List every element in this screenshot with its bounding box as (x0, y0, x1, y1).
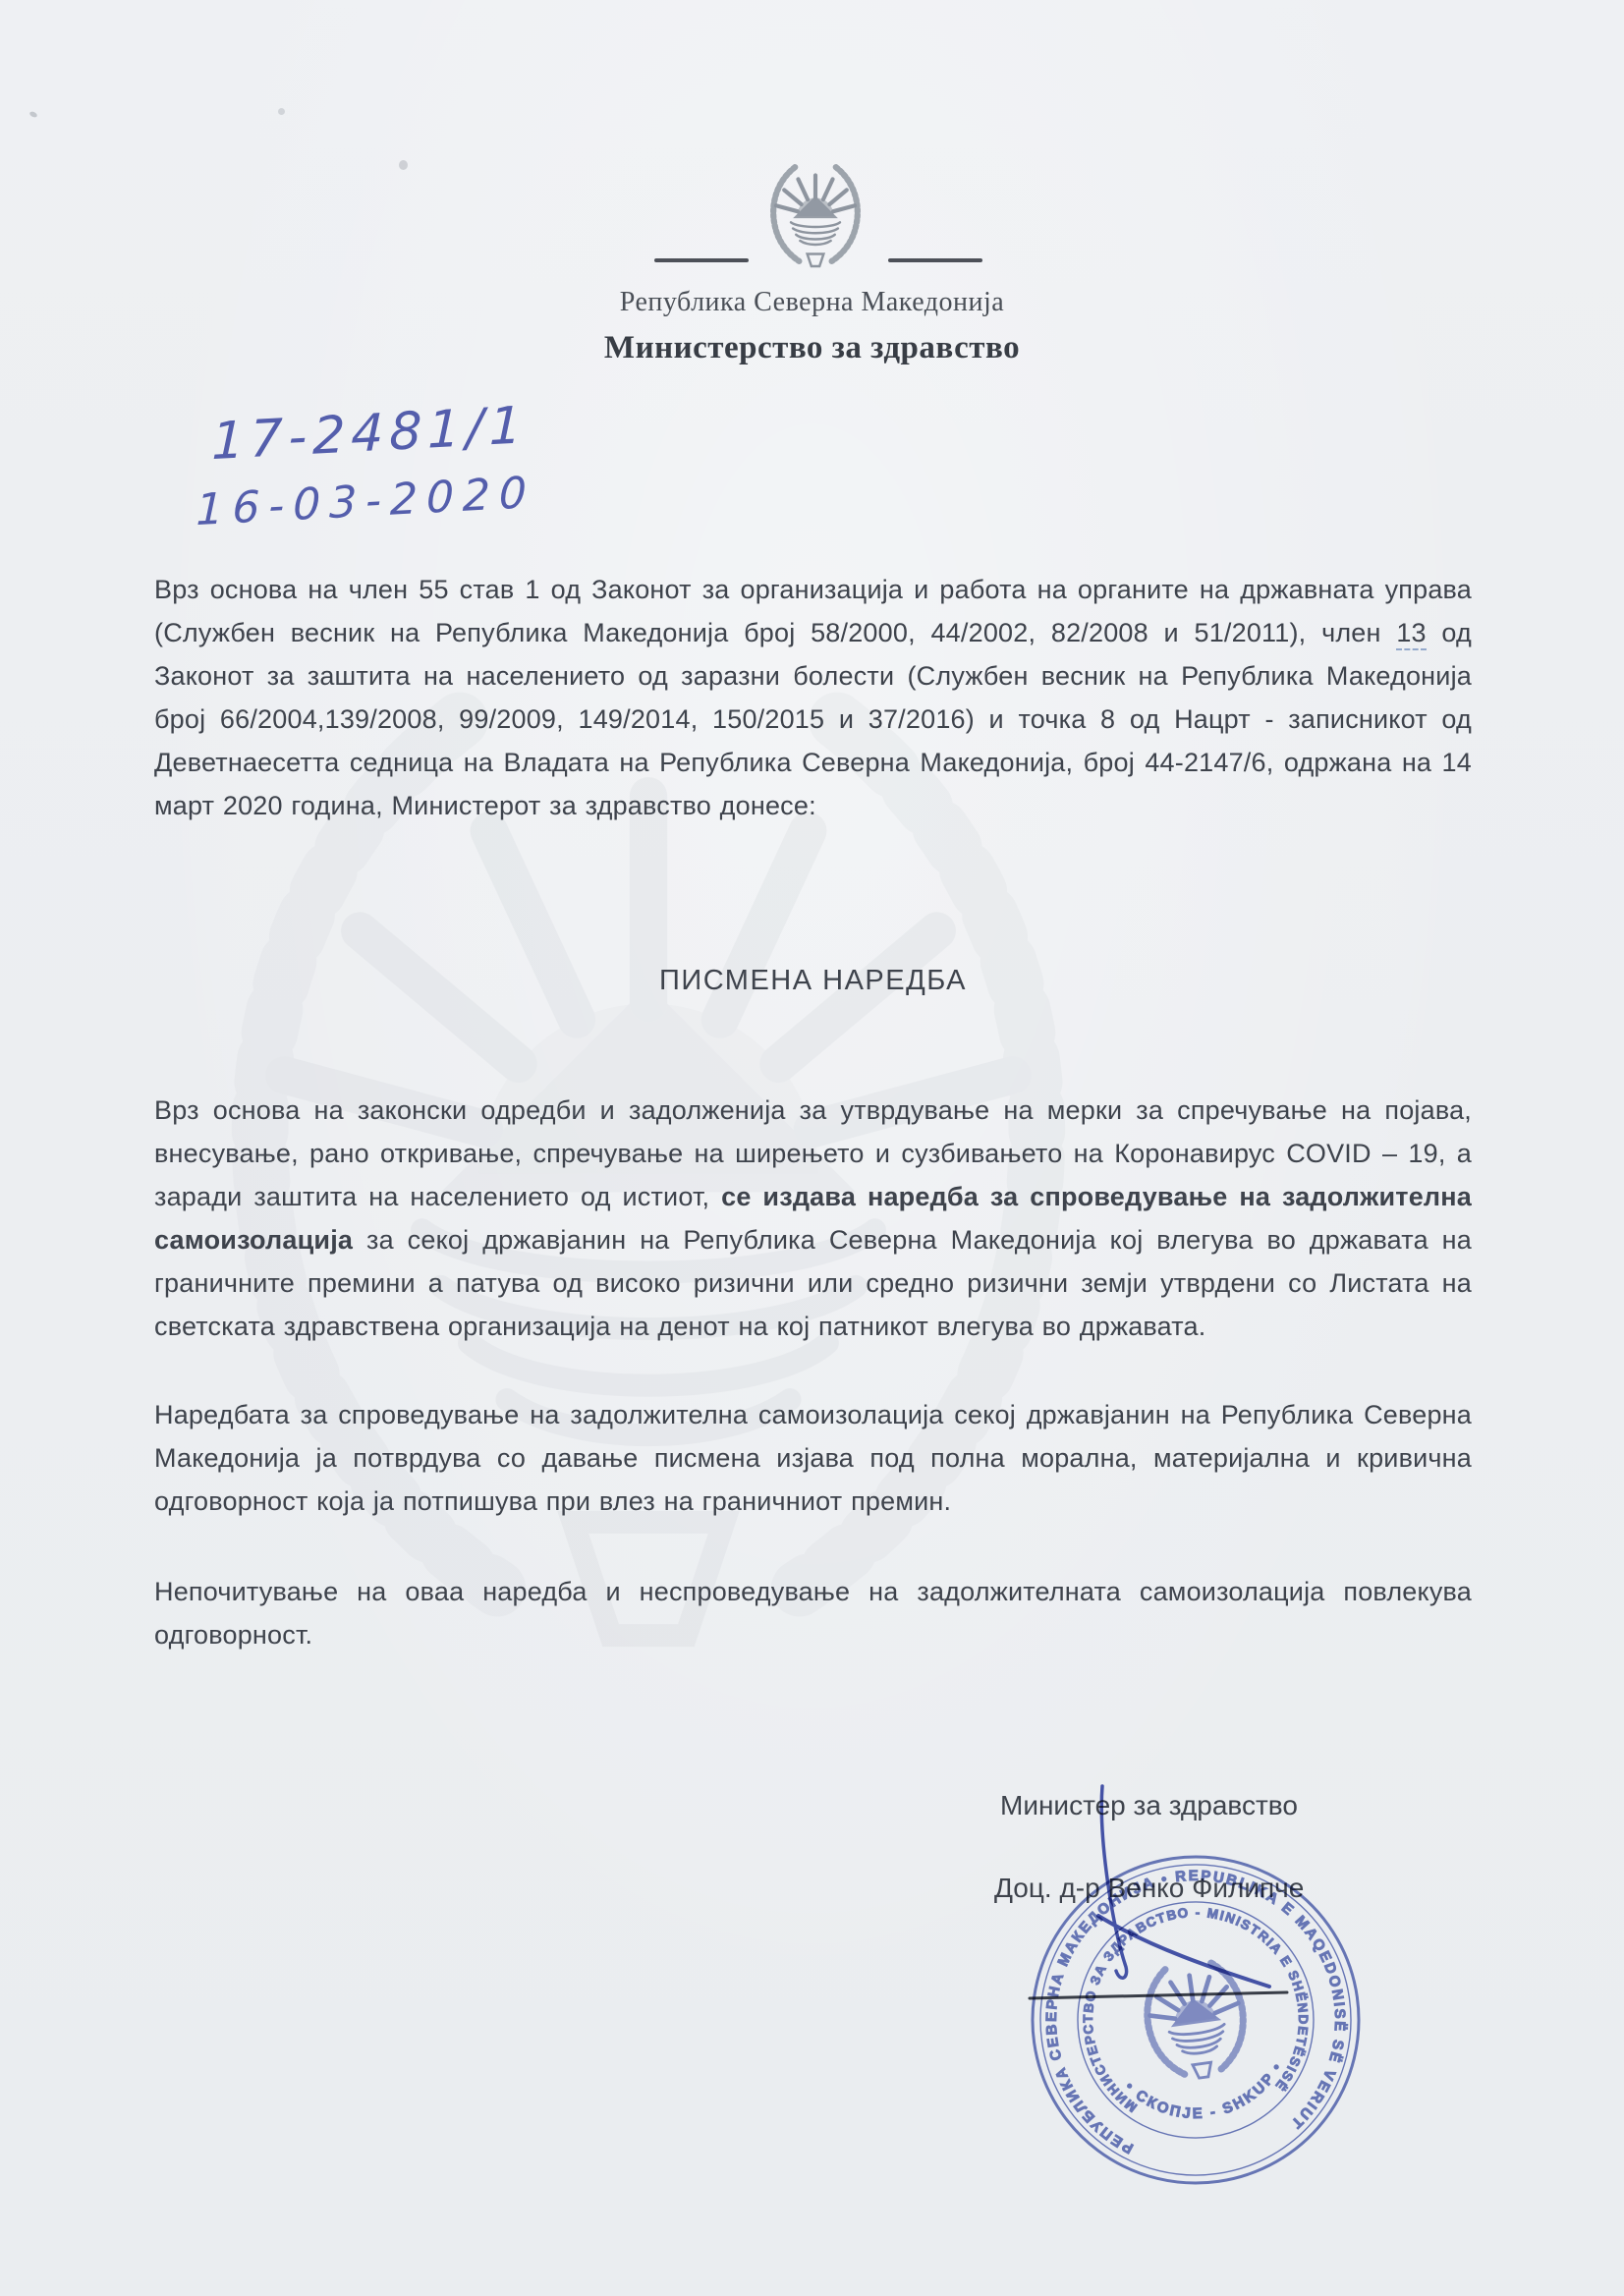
header-rule-right (888, 258, 982, 262)
paragraph-order: Врз основа на законски одредби и задолже… (154, 1089, 1472, 1348)
paragraph-liability: Непочитување на оваа наредба и неспровед… (154, 1570, 1472, 1656)
header-rule-left (654, 258, 749, 262)
scan-speck (399, 160, 408, 170)
coat-of-arms-icon (764, 149, 867, 279)
scan-speck (278, 108, 285, 115)
scanned-document-page: Република Северна Македонија Министерств… (0, 0, 1624, 2296)
handwritten-signature-icon (982, 1759, 1395, 2083)
country-name: Република Северна Македонија (0, 287, 1624, 318)
scan-speck (28, 111, 37, 119)
handwritten-registry-date: 16-03-2020 (196, 468, 535, 535)
document-title: ПИСМЕНА НАРЕДБА (154, 965, 1472, 997)
paragraph-confirmation: Наредбата за спроведување на задолжителн… (154, 1393, 1472, 1523)
paragraph-legal-basis: Врз основа на член 55 став 1 од Законот … (154, 568, 1472, 827)
ministry-name: Министерство за здравство (0, 330, 1624, 366)
handwritten-registry-number: 17-2481/1 (211, 396, 528, 472)
